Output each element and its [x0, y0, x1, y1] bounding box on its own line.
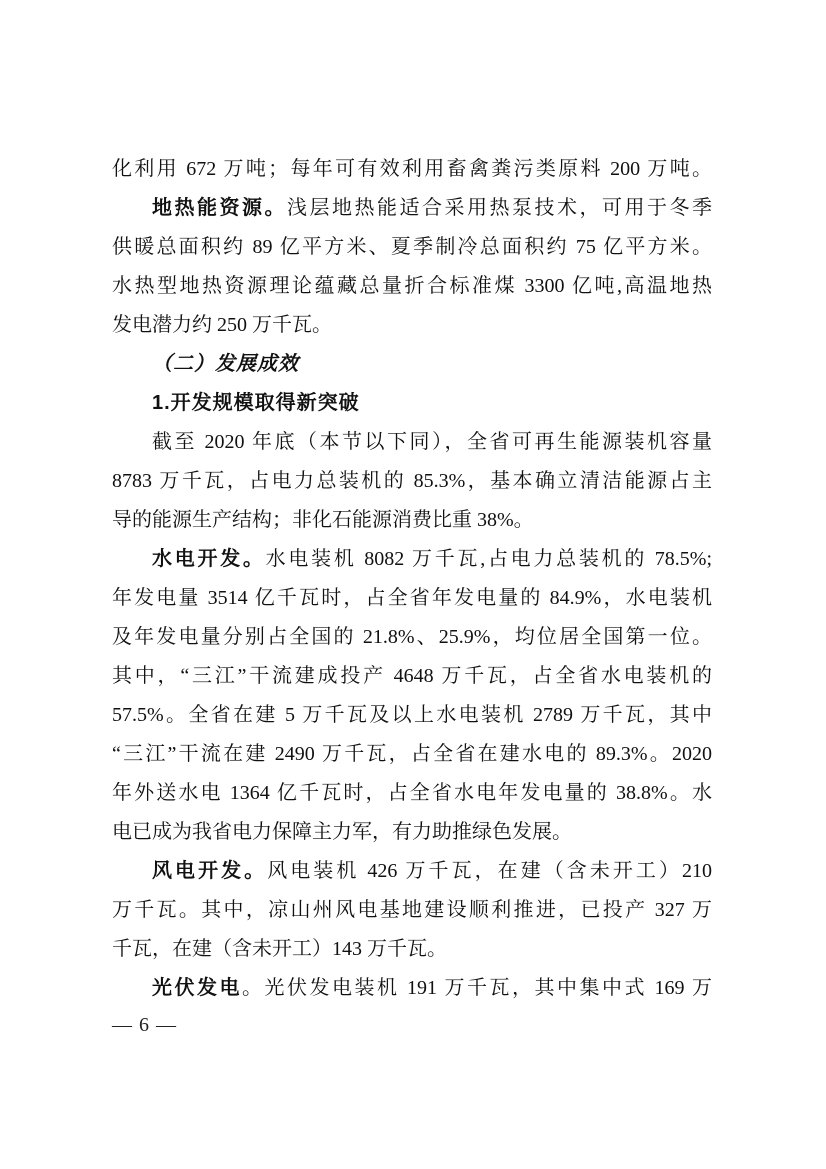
text-line: 电已成为我省电力保障主力军，有力助推绿色发展。: [112, 813, 712, 852]
text-line: 发电潜力约 250 万千瓦。: [112, 306, 712, 345]
text-run: 8783 万千瓦，占电力总装机的 85.3%，基本确立清洁能源占主: [112, 470, 712, 492]
text-run: 水电装机 8082 万千瓦,占电力总装机的 78.5%;: [266, 548, 712, 570]
text-line: 地热能资源。浅层地热能适合采用热泵技术，可用于冬季: [112, 189, 712, 228]
text-line: 年外送水电 1364 亿千瓦时，占全省水电年发电量的 38.8%。水: [112, 774, 712, 813]
text-line: 导的能源生产结构；非化石能源消费比重 38%。: [112, 501, 712, 540]
text-run: “三江”干流在建 2490 万千瓦，占全省在建水电的 89.3%。2020: [112, 743, 712, 765]
paragraph-lead-bold: 水电开发。: [152, 548, 266, 570]
text-run: 千瓦，在建（含未开工）143 万千瓦。: [112, 938, 447, 960]
paragraph-lead-bold: 风电开发。: [152, 860, 267, 882]
text-run: 及年发电量分别占全国的 21.8%、25.9%，均位居全国第一位。: [112, 626, 712, 648]
text-run: 导的能源生产结构；非化石能源消费比重 38%。: [112, 509, 534, 531]
text-line: 千瓦，在建（含未开工）143 万千瓦。: [112, 930, 712, 969]
paragraph-lead-bold: 光伏发电: [152, 977, 242, 999]
paragraph-lead-bold: 1.开发规模取得新突破: [152, 392, 360, 414]
text-line: “三江”干流在建 2490 万千瓦，占全省在建水电的 89.3%。2020: [112, 735, 712, 774]
text-line: 万千瓦。其中，凉山州风电基地建设顺利推进，已投产 327 万: [112, 891, 712, 930]
text-run: 风电装机 426 万千瓦，在建（含未开工）210: [267, 860, 712, 882]
text-line: 供暖总面积约 89 亿平方米、夏季制冷总面积约 75 亿平方米。: [112, 228, 712, 267]
text-line: 1.开发规模取得新突破: [112, 384, 712, 423]
text-run: 截至 2020 年底（本节以下同），全省可再生能源装机容量: [152, 431, 712, 453]
text-run: 。光伏发电装机 191 万千瓦，其中集中式 169 万: [242, 977, 712, 999]
text-run: 浅层地热能适合采用热泵技术，可用于冬季: [287, 197, 712, 219]
text-run: 化利用 672 万吨；每年可有效利用畜禽粪污类原料 200 万吨。: [112, 158, 712, 180]
text-line: 及年发电量分别占全国的 21.8%、25.9%，均位居全国第一位。: [112, 618, 712, 657]
paragraph-lead-bold: 地热能资源。: [152, 197, 287, 219]
paragraph-lead-bold: （二）发展成效: [152, 353, 299, 375]
text-line: 风电开发。风电装机 426 万千瓦，在建（含未开工）210: [112, 852, 712, 891]
text-run: 年外送水电 1364 亿千瓦时，占全省水电年发电量的 38.8%。水: [112, 782, 712, 804]
text-line: 年发电量 3514 亿千瓦时，占全省年发电量的 84.9%，水电装机: [112, 579, 712, 618]
text-run: 57.5%。全省在建 5 万千瓦及以上水电装机 2789 万千瓦，其中: [112, 704, 712, 726]
text-run: 电已成为我省电力保障主力军，有力助推绿色发展。: [112, 821, 572, 843]
text-run: 万千瓦。其中，凉山州风电基地建设顺利推进，已投产 327 万: [112, 899, 712, 921]
text-line: 57.5%。全省在建 5 万千瓦及以上水电装机 2789 万千瓦，其中: [112, 696, 712, 735]
text-line: 8783 万千瓦，占电力总装机的 85.3%，基本确立清洁能源占主: [112, 462, 712, 501]
text-run: 发电潜力约 250 万千瓦。: [112, 314, 332, 336]
text-line: 化利用 672 万吨；每年可有效利用畜禽粪污类原料 200 万吨。: [112, 150, 712, 189]
text-line: 光伏发电。光伏发电装机 191 万千瓦，其中集中式 169 万: [112, 969, 712, 1008]
text-line: 水电开发。水电装机 8082 万千瓦,占电力总装机的 78.5%;: [112, 540, 712, 579]
text-run: 供暖总面积约 89 亿平方米、夏季制冷总面积约 75 亿平方米。: [112, 236, 712, 258]
document-page: 化利用 672 万吨；每年可有效利用畜禽粪污类原料 200 万吨。地热能资源。浅…: [0, 0, 826, 1169]
text-run: 水热型地热资源理论蕴藏总量折合标准煤 3300 亿吨,高温地热: [112, 275, 712, 297]
text-run: 其中，“三江”干流建成投产 4648 万千瓦，占全省水电装机的: [112, 665, 712, 687]
text-line: 水热型地热资源理论蕴藏总量折合标准煤 3300 亿吨,高温地热: [112, 267, 712, 306]
text-line: 其中，“三江”干流建成投产 4648 万千瓦，占全省水电装机的: [112, 657, 712, 696]
text-line: 截至 2020 年底（本节以下同），全省可再生能源装机容量: [112, 423, 712, 462]
text-run: 年发电量 3514 亿千瓦时，占全省年发电量的 84.9%，水电装机: [112, 587, 712, 609]
text-body: 化利用 672 万吨；每年可有效利用畜禽粪污类原料 200 万吨。地热能资源。浅…: [112, 150, 712, 1008]
page-number: — 6 —: [112, 1011, 177, 1039]
text-line: （二）发展成效: [112, 345, 712, 384]
